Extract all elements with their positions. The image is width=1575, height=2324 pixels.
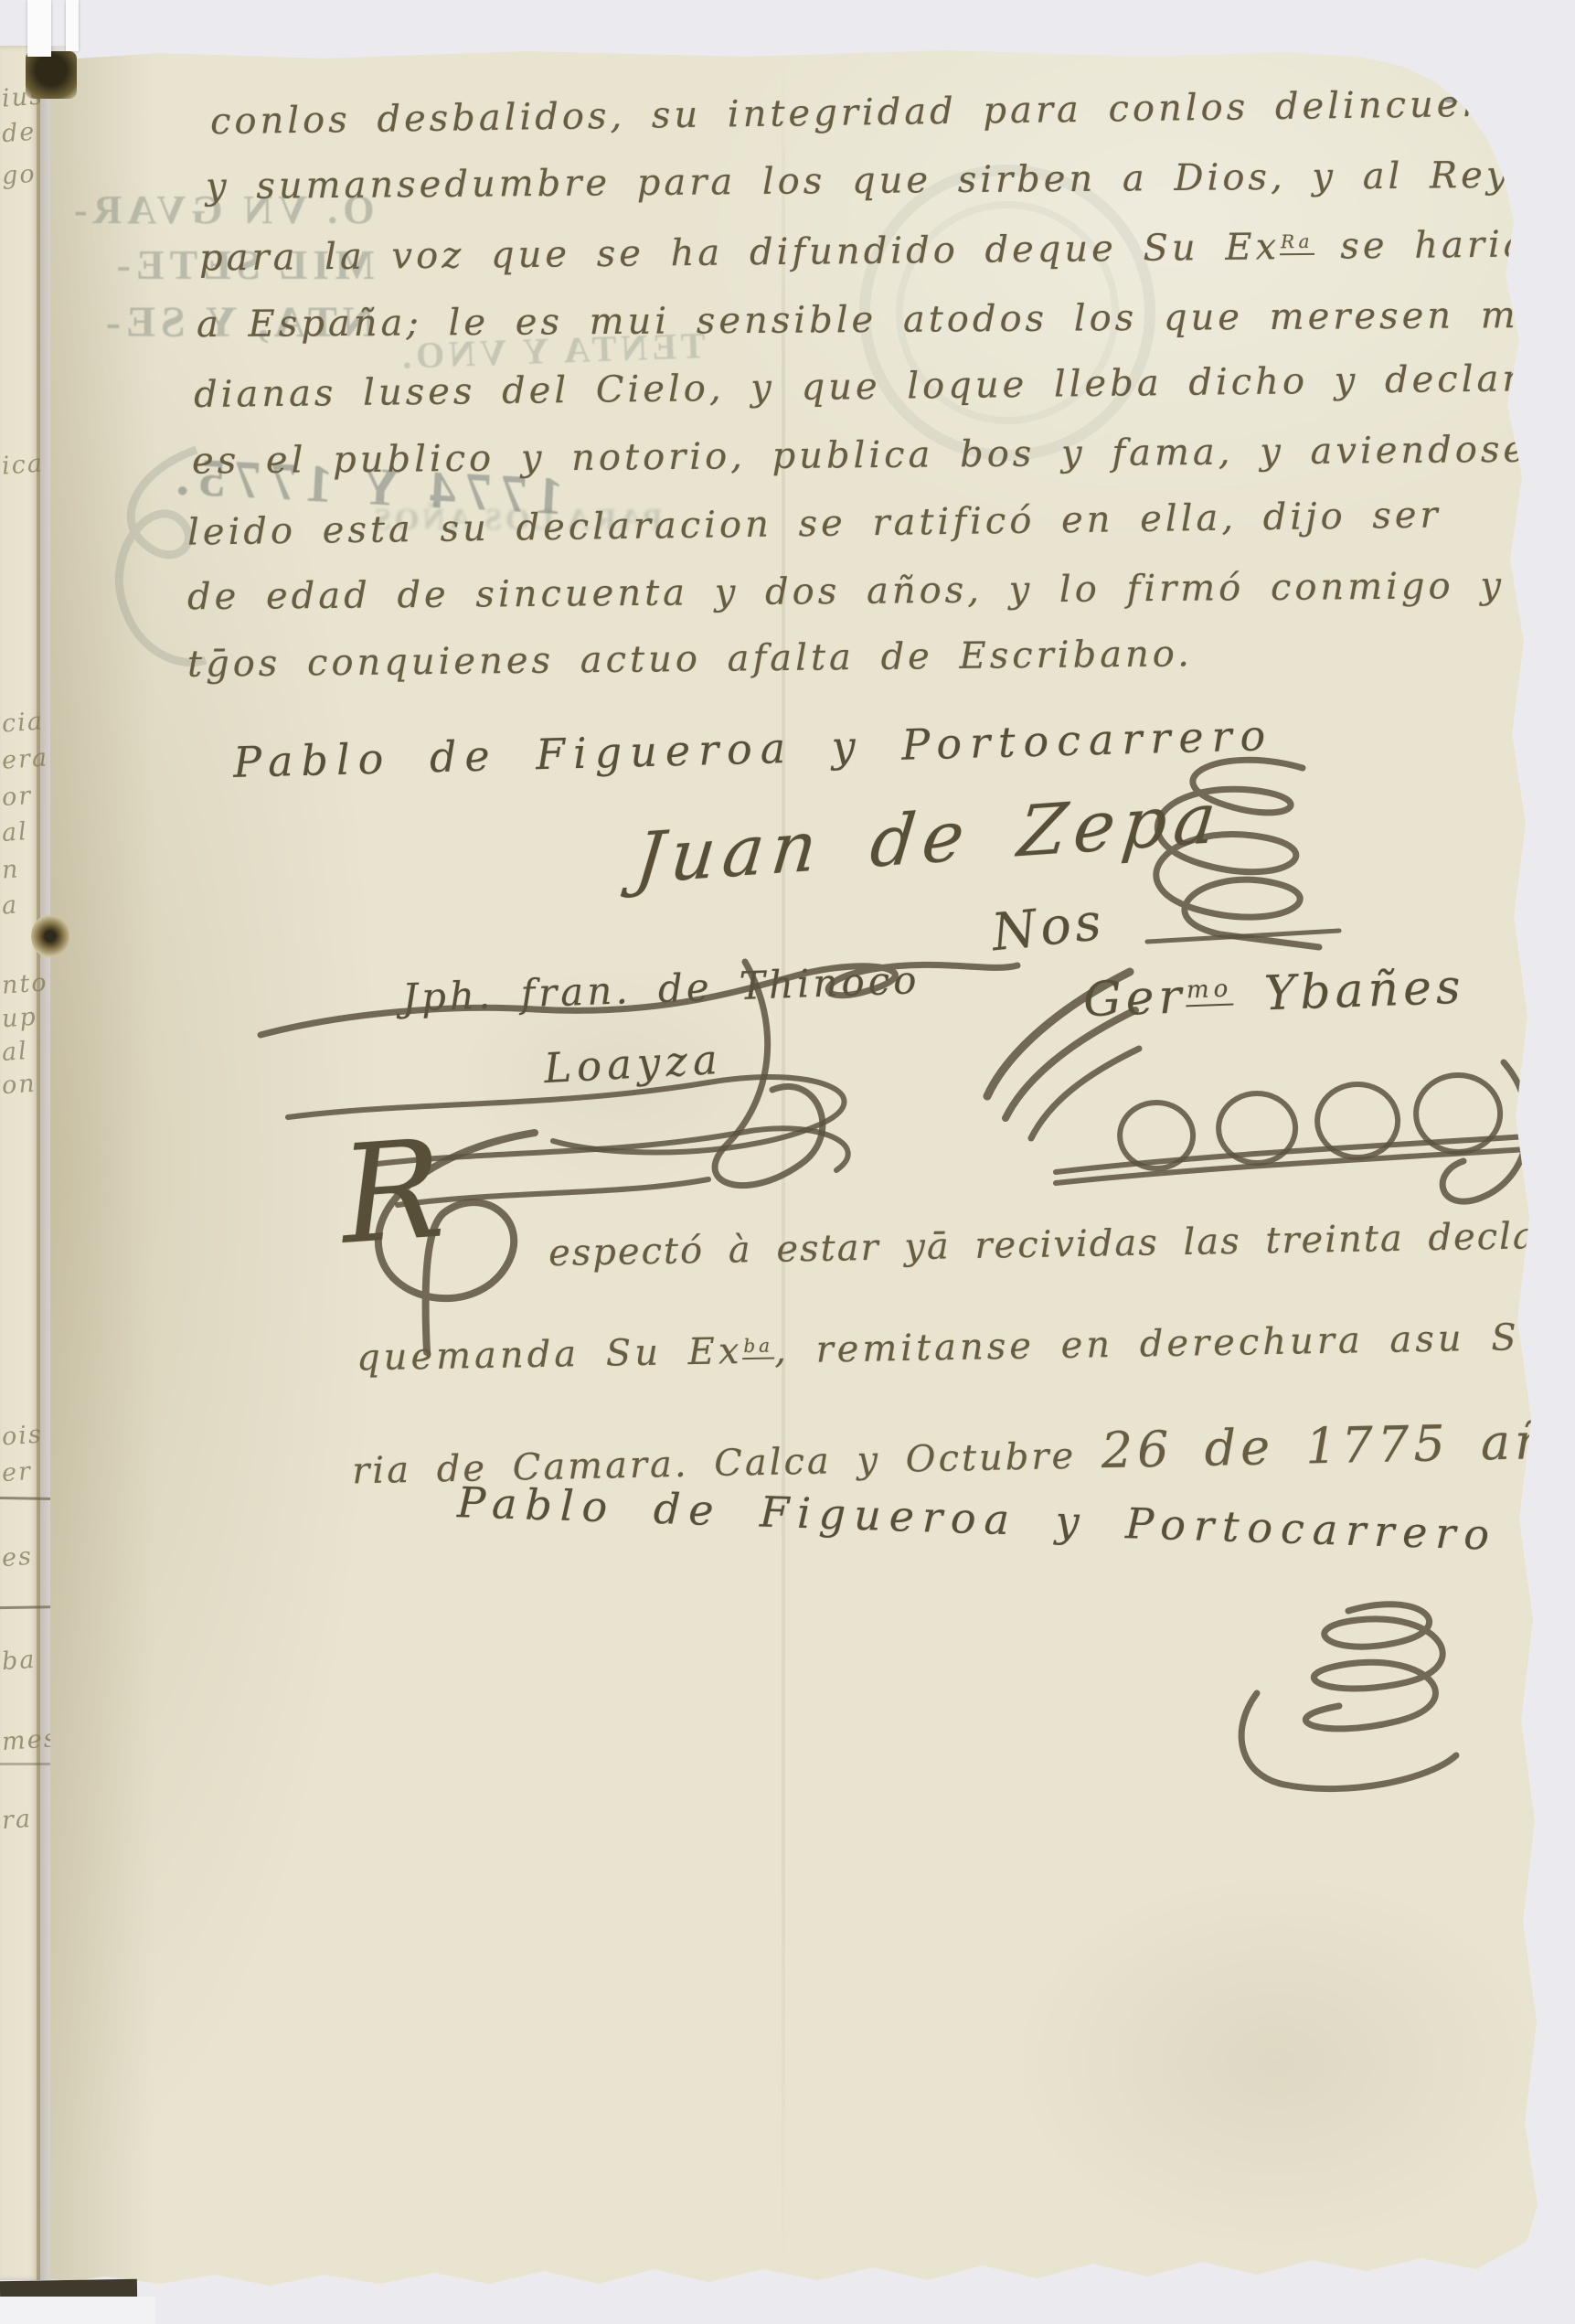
manuscript-line: dianas luses del Cielo, y que loque lleb… — [194, 357, 1549, 416]
edge-text-fragment: n — [1, 855, 21, 884]
edge-text-fragment: al — [1, 817, 29, 848]
superscript-abbreviation: ba — [742, 1334, 774, 1359]
rubric-flourish-ybanes-loops — [1047, 1044, 1575, 1227]
decree-initial-R: R — [336, 1121, 451, 1263]
edge-text-fragment: ba — [1, 1646, 37, 1677]
manuscript-line: y sumansedumbre para los que sirben a Di… — [206, 155, 1511, 208]
binding-sewing-dark-spot — [26, 51, 77, 99]
edge-text-fragment: or — [1, 782, 33, 812]
signature-figueroa-bottom: Pablo de Figueroa y Portocarrero — [456, 1477, 1498, 1560]
manuscript-line: tḡos conquienes actuo afalta de Escriban… — [187, 633, 1193, 686]
edge-text-fragment: a — [1, 890, 19, 920]
superscript-abbreviation: mo — [1185, 975, 1233, 1007]
paper-repair-tab — [27, 0, 51, 57]
edge-text-fragment: er — [1, 1457, 33, 1487]
manuscript-text: , remitanse en derechura asu Secreta — [774, 1315, 1575, 1372]
backdrop-bottom-corner — [0, 2297, 155, 2324]
manuscript-line: de edad de sincuenta y dos años, y lo fi… — [187, 565, 1505, 619]
scanned-manuscript-photo: ius de go ica cia era or al n a nto up a… — [0, 0, 1575, 2324]
manuscript-line: para la voz que se ha difundido deque Su… — [199, 223, 1529, 279]
manuscript-page: O. VN GVAR- MIL SETE- NTA, Y SE- TENTA Y… — [50, 48, 1545, 2286]
manuscript-line: a España; le es mui sensible atodos los … — [197, 294, 1545, 346]
manuscript-text: Ger — [1082, 969, 1187, 1028]
edge-text-fragment: al — [1, 1037, 29, 1067]
manuscript-line: es el publico y notorio, publica bos y f… — [192, 428, 1570, 482]
edge-text-fragment: on — [1, 1070, 37, 1101]
sewing-station-hole — [31, 914, 69, 958]
rubric-flourish-figueroa-bottom — [1220, 1583, 1485, 1803]
edge-text-fragment: go — [1, 160, 37, 191]
edge-text-fragment: ra — [1, 1805, 33, 1835]
edge-text-fragment: up — [1, 1003, 38, 1034]
manuscript-line: conlos desbalidos, su integridad para co… — [210, 82, 1556, 144]
edge-text-fragment: de — [1, 118, 37, 149]
manuscript-text: quemanda Su Ex — [357, 1330, 743, 1379]
paper-repair-tab — [66, 0, 79, 51]
facing-page-edge: ius de go ica cia era or al n a nto up a… — [0, 46, 40, 2280]
decree-date: 26 de 1775 años̄ — [1101, 1411, 1575, 1479]
superscript-abbreviation: Ra — [1280, 230, 1314, 255]
edge-text-fragment: es — [1, 1542, 34, 1572]
manuscript-text: Ybañes — [1263, 960, 1466, 1022]
manuscript-text: se haria — [1340, 223, 1529, 267]
